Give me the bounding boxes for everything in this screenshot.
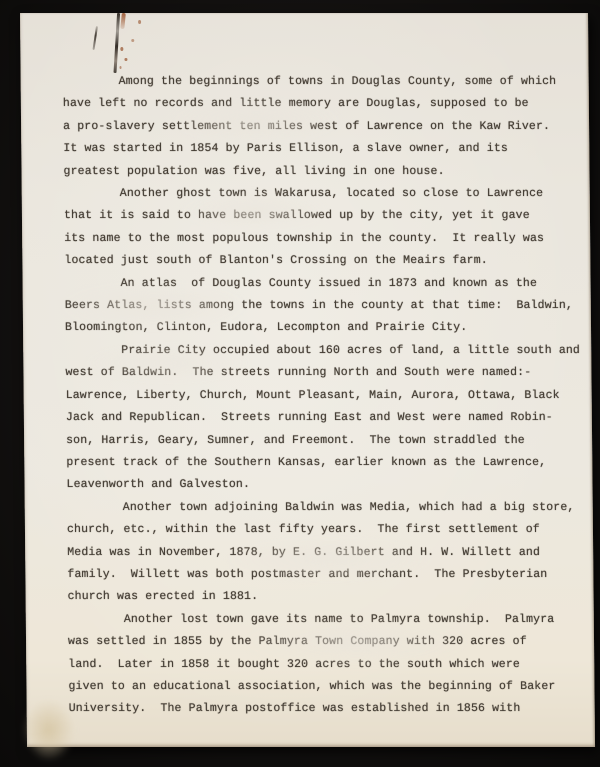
text-line: a pro-slavery settlement ten miles west … [63, 116, 563, 138]
text-line: its name to the most populous township i… [64, 228, 564, 250]
text-line: greatest population was five, all living… [63, 161, 563, 183]
text-line: have left no records and little memory a… [63, 93, 563, 115]
text-line: given to an educational association, whi… [68, 676, 568, 698]
paragraph: Another town adjoining Baldwin was Media… [67, 497, 568, 609]
text-line: land. Later in 1858 it bought 320 acres … [68, 654, 568, 676]
rust-speck-icon [138, 20, 141, 24]
text-line: son, Harris, Geary, Sumner, and Freemont… [66, 430, 566, 452]
typed-text: Among the beginnings of towns in Douglas… [63, 71, 569, 721]
corner-stain-icon [23, 699, 76, 761]
text-line: church was erected in 1881. [68, 586, 568, 608]
text-line: Prairie City occupied about 160 acres of… [65, 340, 565, 362]
rust-speck-icon [120, 47, 123, 51]
text-line: Beers Atlas, lists among the towns in th… [65, 295, 565, 317]
text-line: Another ghost town is Wakarusa, located … [64, 183, 564, 205]
text-line: church, etc., within the last fifty year… [67, 519, 567, 541]
document-page: Among the beginnings of towns in Douglas… [20, 13, 595, 747]
rust-stain-icon [120, 13, 126, 29]
paragraph: Among the beginnings of towns in Douglas… [63, 71, 564, 183]
text-line: Another town adjoining Baldwin was Media… [67, 497, 567, 519]
rust-speck-icon [124, 58, 127, 61]
text-line: was settled in 1855 by the Palmyra Town … [68, 631, 568, 653]
paragraph: An atlas of Douglas County issued in 187… [64, 273, 565, 340]
text-line: family. Willett was both postmaster and … [67, 564, 567, 586]
text-line: Lawrence, Liberty, Church, Mount Pleasan… [66, 385, 566, 407]
text-line: An atlas of Douglas County issued in 187… [64, 273, 564, 295]
text-line: Bloomington, Clinton, Eudora, Lecompton … [65, 317, 565, 339]
text-line: University. The Palmyra postoffice was e… [69, 698, 569, 720]
text-line: that it is said to have been swallowed u… [64, 205, 564, 227]
pen-mark-icon [92, 26, 98, 50]
text-line: Jack and Republican. Streets running Eas… [66, 407, 566, 429]
paragraph: Prairie City occupied about 160 acres of… [65, 340, 567, 497]
pen-mark-icon [113, 13, 119, 73]
text-line: It was started in 1854 by Paris Ellison,… [63, 138, 563, 160]
rust-speck-icon [131, 39, 134, 42]
text-line: located just south of Blanton's Crossing… [64, 250, 564, 272]
text-line: Leavenworth and Galveston. [66, 474, 566, 496]
text-line: Among the beginnings of towns in Douglas… [63, 71, 563, 93]
text-line: west of Baldwin. The streets running Nor… [65, 362, 565, 384]
text-line: Media was in November, 1878, by E. G. Gi… [67, 542, 567, 564]
paragraph: Another lost town gave its name to Palmy… [68, 609, 569, 721]
text-line: Another lost town gave its name to Palmy… [68, 609, 568, 631]
paragraph: Another ghost town is Wakarusa, located … [64, 183, 565, 273]
rust-speck-icon [120, 66, 122, 69]
text-line: present track of the Southern Kansas, ea… [66, 452, 566, 474]
